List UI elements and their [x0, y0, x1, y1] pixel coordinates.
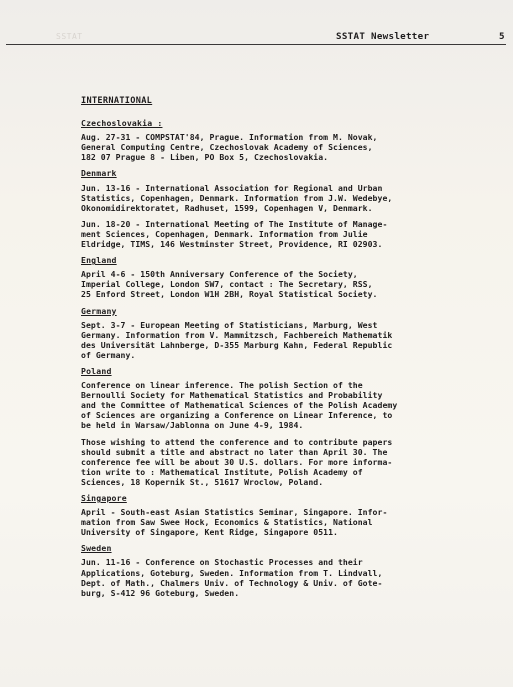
country-heading: Singapore — [81, 493, 491, 503]
event-entry: Those wishing to attend the conference a… — [81, 437, 491, 487]
newsletter-page: SSTAT SSTAT Newsletter 5 INTERNATIONAL C… — [0, 0, 513, 687]
country-block-singapore: Singapore April - South-east Asian Stati… — [81, 493, 491, 537]
country-heading: Sweden — [81, 543, 491, 553]
event-entry: Jun. 18-20 - International Meeting of Th… — [81, 219, 491, 249]
country-block-czechoslovakia: Czechoslovakia : Aug. 27-31 - COMPSTAT'8… — [81, 118, 491, 162]
event-entry: Aug. 27-31 - COMPSTAT'84, Prague. Inform… — [81, 132, 491, 162]
event-entry: April 4-6 - 150th Anniversary Conference… — [81, 269, 491, 299]
country-block-denmark: Denmark Jun. 13-16 - International Assoc… — [81, 168, 491, 249]
country-block-poland: Poland Conference on linear inference. T… — [81, 366, 491, 487]
page-number: 5 — [499, 31, 505, 42]
country-block-england: England April 4-6 - 150th Anniversary Co… — [81, 255, 491, 299]
country-heading: Germany — [81, 306, 491, 316]
section-title: INTERNATIONAL — [81, 96, 491, 106]
event-entry: Sept. 3-7 - European Meeting of Statisti… — [81, 320, 491, 360]
country-heading: Denmark — [81, 168, 491, 178]
country-heading: England — [81, 255, 491, 265]
country-block-germany: Germany Sept. 3-7 - European Meeting of … — [81, 306, 491, 360]
newsletter-title: SSTAT Newsletter — [336, 31, 429, 42]
running-header: SSTAT SSTAT Newsletter 5 — [6, 32, 506, 45]
event-entry: Jun. 11-16 - Conference on Stochastic Pr… — [81, 557, 491, 597]
event-entry: Conference on linear inference. The poli… — [81, 380, 491, 430]
event-entry: April - South-east Asian Statistics Semi… — [81, 507, 491, 537]
country-heading: Czechoslovakia : — [81, 118, 491, 128]
article-body: INTERNATIONAL Czechoslovakia : Aug. 27-3… — [81, 96, 491, 604]
faint-show-through-text: SSTAT — [56, 32, 83, 41]
event-entry: Jun. 13-16 - International Association f… — [81, 183, 491, 213]
country-block-sweden: Sweden Jun. 11-16 - Conference on Stocha… — [81, 543, 491, 597]
country-heading: Poland — [81, 366, 491, 376]
